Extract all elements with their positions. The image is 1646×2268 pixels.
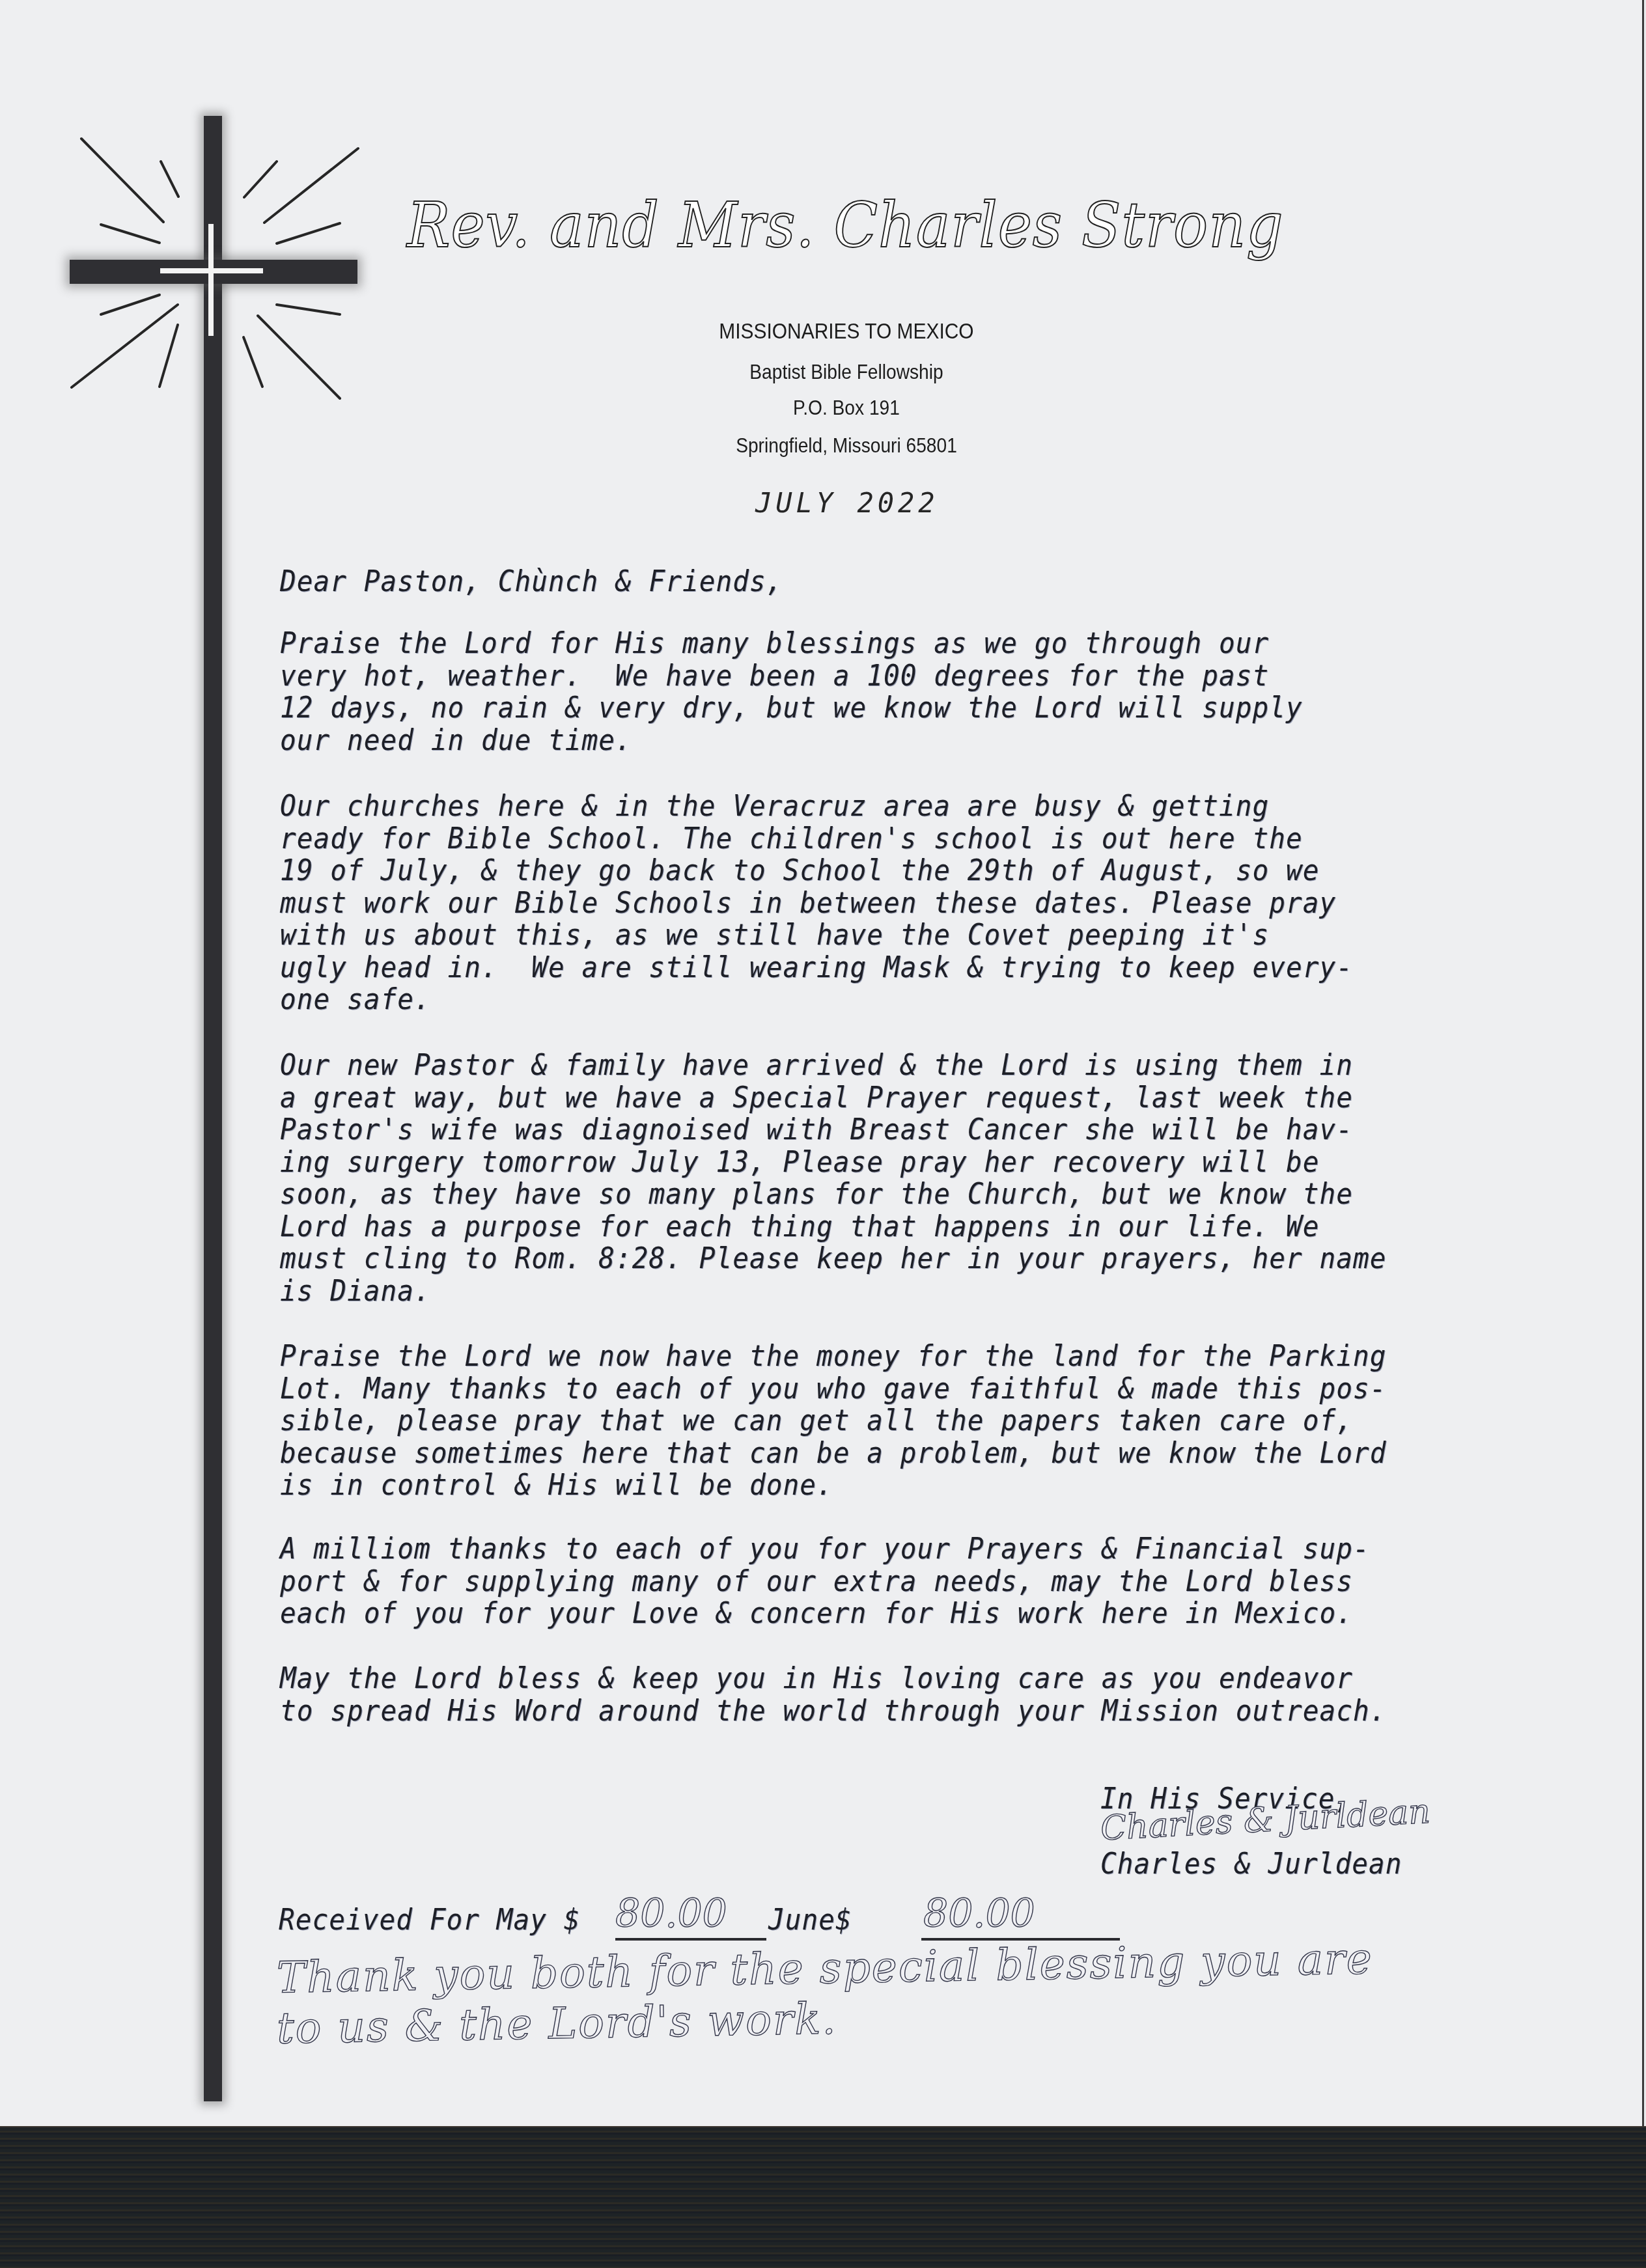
body-line: with us about this, as we still have the…: [280, 919, 1269, 952]
scanner-background: [0, 2126, 1646, 2268]
handwritten-note-line-1: Thank you both for the special blessing …: [276, 1933, 1373, 2002]
body-line: Lot. Many thanks to each of you who gave…: [280, 1372, 1387, 1405]
body-line: to spread His Word around the world thro…: [280, 1694, 1387, 1728]
body-line: very hot, weather. We have been a 100 de…: [280, 659, 1269, 693]
body-line: ugly head in. We are still wearing Mask …: [280, 951, 1353, 984]
body-line: ing surgery tomorrow July 13, Please pra…: [280, 1146, 1320, 1179]
may-amount-line: [615, 1938, 766, 1941]
letterhead-organization: Baptist Bible Fellowship: [617, 360, 1076, 384]
body-line: is Diana.: [280, 1275, 431, 1308]
body-line: because sometimes here that can be a pro…: [280, 1437, 1387, 1470]
body-line: May the Lord bless & keep you in His lov…: [280, 1662, 1353, 1695]
letterhead-name: Rev. and Mrs. Charles Strong: [407, 189, 1294, 262]
body-line: each of you for your Love & concern for …: [280, 1597, 1353, 1630]
received-june-label: June$: [768, 1903, 852, 1937]
body-line: A milliom thanks to each of you for your…: [280, 1532, 1370, 1566]
may-amount: 80.00: [615, 1891, 727, 1937]
body-line: Praise the Lord for His many blessings a…: [280, 627, 1269, 660]
letter-page: Rev. and Mrs. Charles Strong MISSIONARIE…: [0, 0, 1644, 2126]
body-line: ready for Bible School. The children's s…: [280, 822, 1303, 855]
body-line: Pastor's wife was diagnoised with Breast…: [280, 1113, 1353, 1146]
body-line: Our new Pastor & family have arrived & t…: [280, 1049, 1353, 1082]
body-line: a great way, but we have a Special Praye…: [280, 1081, 1353, 1114]
letterhead-subtitle: MISSIONARIES TO MEXICO: [617, 319, 1076, 344]
typed-signature: Charles & Jurldean: [1100, 1847, 1402, 1881]
letterhead-po-box: P.O. Box 191: [617, 396, 1076, 420]
body-line: Our churches here & in the Veracruz area…: [280, 790, 1269, 823]
body-line: port & for supplying many of our extra n…: [280, 1565, 1353, 1598]
body-line: must cling to Rom. 8:28. Please keep her…: [280, 1242, 1387, 1275]
body-line: 12 days, no rain & very dry, but we know…: [280, 691, 1303, 725]
body-line: is in control & His will be done.: [280, 1469, 833, 1502]
light-rays-icon: [52, 104, 391, 443]
salutation: Dear Paston, Chùnch & Friends,: [280, 565, 783, 598]
letterhead-city: Springfield, Missouri 65801: [617, 434, 1076, 458]
body-line: Lord has a purpose for each thing that h…: [280, 1210, 1320, 1243]
june-amount: 80.00: [923, 1891, 1035, 1937]
body-line: 19 of July, & they go back to School the…: [280, 854, 1320, 887]
received-may-label: Received For May $: [279, 1903, 581, 1937]
letter-date: JULY 2022: [755, 487, 939, 519]
body-line: soon, as they have so many plans for the…: [280, 1178, 1353, 1211]
body-line: sible, please pray that we can get all t…: [280, 1404, 1353, 1437]
body-line: Praise the Lord we now have the money fo…: [280, 1340, 1387, 1373]
body-line: one safe.: [280, 983, 431, 1016]
body-line: our need in due time.: [280, 724, 632, 757]
handwritten-note-line-2: to us & the Lord's work.: [276, 1993, 837, 2053]
body-line: must work our Bible Schools in between t…: [280, 887, 1336, 920]
